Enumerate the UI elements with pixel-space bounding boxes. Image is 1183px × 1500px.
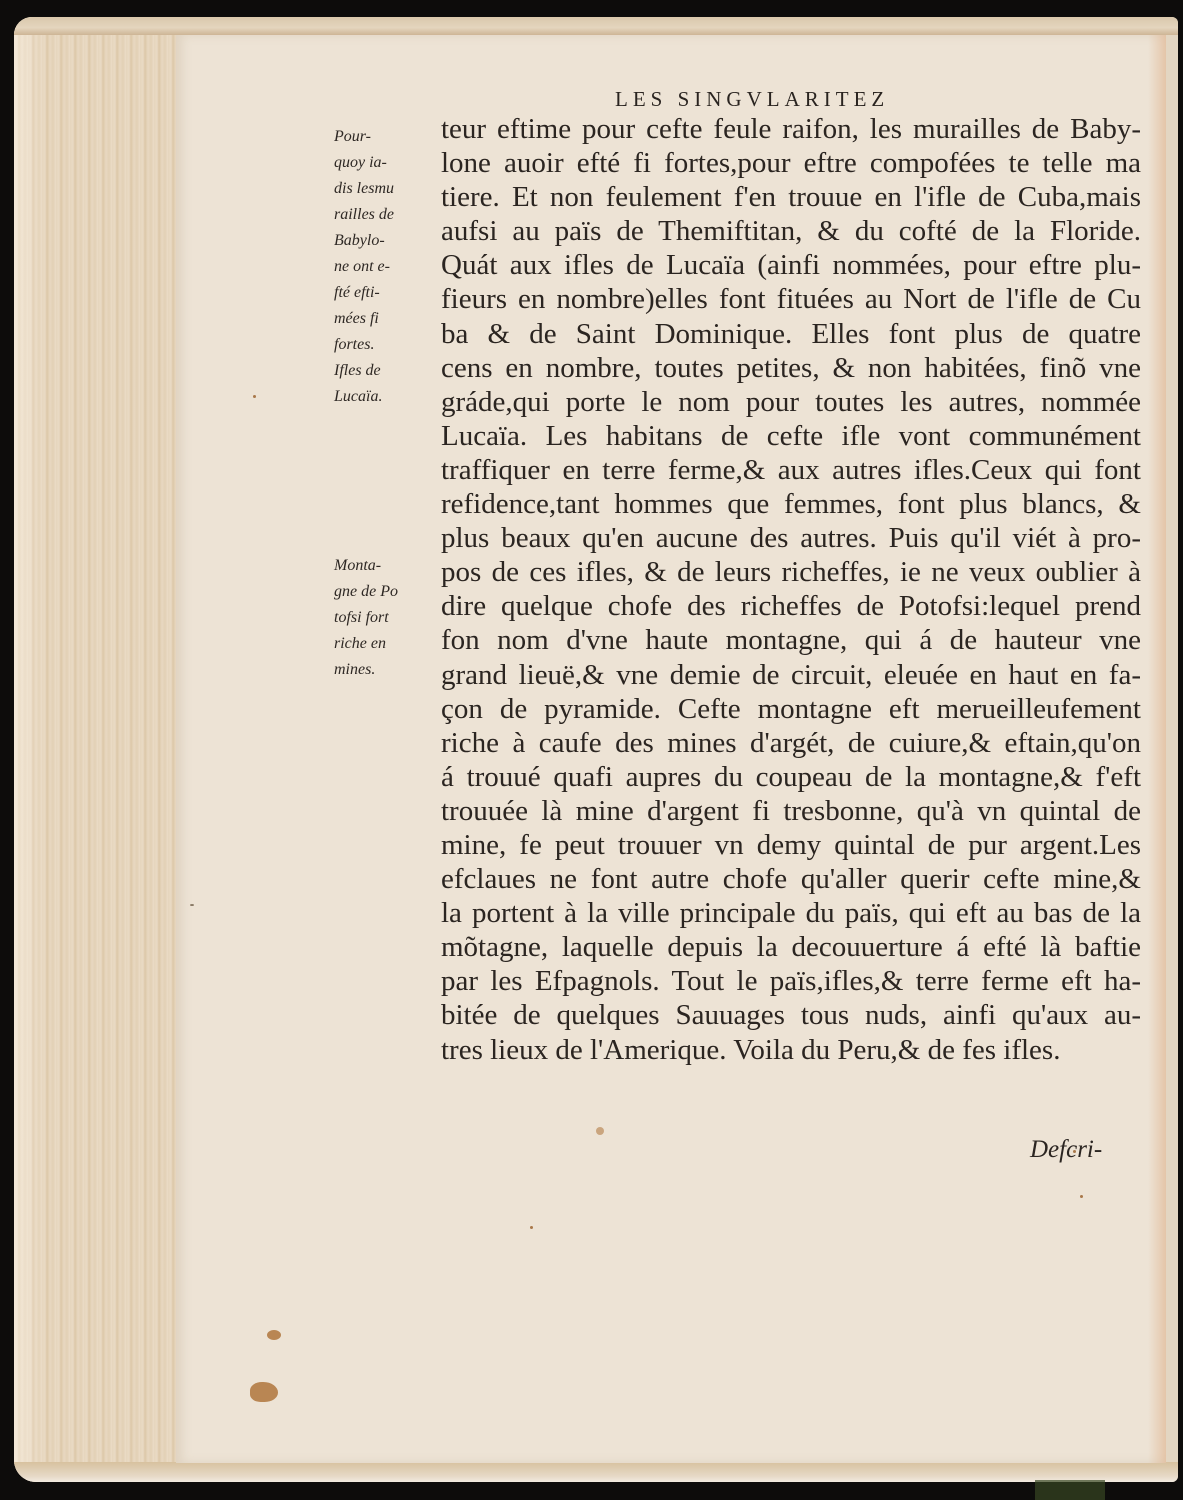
text-line: mine, fe peut trouuer vn demy quintal de… bbox=[441, 828, 1141, 862]
text-line: grand lieuë,& vne demie de circuit, eleu… bbox=[441, 658, 1141, 692]
margin-note-line: tofsi fort bbox=[334, 605, 432, 631]
margin-note-line: fté efti- bbox=[334, 280, 432, 306]
text-line: lone auoir efté fi fortes,pour eftre com… bbox=[441, 146, 1141, 180]
text-line: aufsi au païs de Themiftitan, & du cofté… bbox=[441, 214, 1141, 248]
margin-note-line: fortes. bbox=[334, 332, 432, 358]
text-line: mõtagne, laquelle depuis la decouuerture… bbox=[441, 930, 1141, 964]
speck bbox=[1080, 1195, 1083, 1198]
foxing-stain bbox=[267, 1330, 281, 1340]
margin-note-line: ne ont e- bbox=[334, 254, 432, 280]
text-line: par les Efpagnols. Tout le païs,ifles,& … bbox=[441, 964, 1141, 998]
text-line: la portent à la ville principale du païs… bbox=[441, 896, 1141, 930]
body-text: teur eftime pour cefte feule raifon, les… bbox=[441, 112, 1141, 1067]
book-bottom-edge bbox=[14, 1462, 1178, 1482]
text-line: Quát aux ifles de Lucaïa (ainfi nommées,… bbox=[441, 248, 1141, 282]
speck bbox=[1073, 1150, 1076, 1153]
text-line: teur eftime pour cefte feule raifon, les… bbox=[441, 112, 1141, 146]
speck bbox=[530, 1226, 533, 1229]
text-line: tiere. Et non feulement f'en trouue en l… bbox=[441, 180, 1141, 214]
page-edge-shade bbox=[1148, 35, 1166, 1463]
text-line: ba & de Saint Dominique. Elles font plus… bbox=[441, 317, 1141, 351]
foxing-stain bbox=[250, 1382, 278, 1402]
margin-note-line: Ifles de bbox=[334, 358, 432, 384]
text-line: efclaues ne font autre chofe qu'aller qu… bbox=[441, 862, 1141, 896]
margin-note-line: gne de Po bbox=[334, 579, 432, 605]
text-line: refidence,tant hommes que femmes, font p… bbox=[441, 487, 1141, 521]
text-line: cens en nombre, toutes petites, & non ha… bbox=[441, 351, 1141, 385]
margin-note-babylon: Pour- quoy ia- dis lesmu railles de Baby… bbox=[334, 124, 432, 410]
text-line: çon de pyramide. Cefte montagne eft meru… bbox=[441, 692, 1141, 726]
speck bbox=[190, 904, 194, 906]
margin-note-line: dis lesmu bbox=[334, 176, 432, 202]
text-line: Lucaïa. Les habitans de cefte ifle vont … bbox=[441, 419, 1141, 453]
margin-note-potosi: Monta- gne de Po tofsi fort riche en min… bbox=[334, 553, 432, 683]
text-line: plus beaux qu'en aucune des autres. Puis… bbox=[441, 521, 1141, 555]
speck bbox=[253, 395, 256, 398]
background-object bbox=[1035, 1480, 1105, 1500]
margin-note-line: Lucaïa. bbox=[334, 384, 432, 410]
text-line: fon nom d'vne haute montagne, qui á de h… bbox=[441, 623, 1141, 657]
text-line: bitée de quelques Sauuages tous nuds, ai… bbox=[441, 998, 1141, 1032]
text-line: tres lieux de l'Amerique. Voila du Peru,… bbox=[441, 1033, 1141, 1067]
margin-note-line: quoy ia- bbox=[334, 150, 432, 176]
book-fore-edge bbox=[14, 17, 190, 1482]
running-head: LES SINGVLARITEZ bbox=[615, 87, 889, 112]
margin-note-line: Monta- bbox=[334, 553, 432, 579]
margin-note-line: Babylo- bbox=[334, 228, 432, 254]
text-line: á trouué quafi aupres du coupeau de la m… bbox=[441, 760, 1141, 794]
text-line: pos de ces ifles, & de leurs richeffes, … bbox=[441, 555, 1141, 589]
text-line: dire quelque chofe des richeffes de Poto… bbox=[441, 589, 1141, 623]
foxing-stain bbox=[596, 1127, 604, 1135]
text-line: traffiquer en terre ferme,& aux autres i… bbox=[441, 453, 1141, 487]
text-line: fieurs en nombre)elles font fituées au N… bbox=[441, 282, 1141, 316]
text-line: riche à caufe des mines d'argét, de cuiu… bbox=[441, 726, 1141, 760]
book-top-edge bbox=[14, 17, 1178, 35]
catchword: Defcri- bbox=[1030, 1136, 1102, 1164]
margin-note-line: railles de bbox=[334, 202, 432, 228]
text-line: trouuée là mine d'argent fi tresbonne, q… bbox=[441, 794, 1141, 828]
margin-note-line: Pour- bbox=[334, 124, 432, 150]
margin-note-line: riche en bbox=[334, 631, 432, 657]
text-line: gráde,qui porte le nom pour toutes les a… bbox=[441, 385, 1141, 419]
margin-note-line: mées fi bbox=[334, 306, 432, 332]
margin-note-line: mines. bbox=[334, 657, 432, 683]
